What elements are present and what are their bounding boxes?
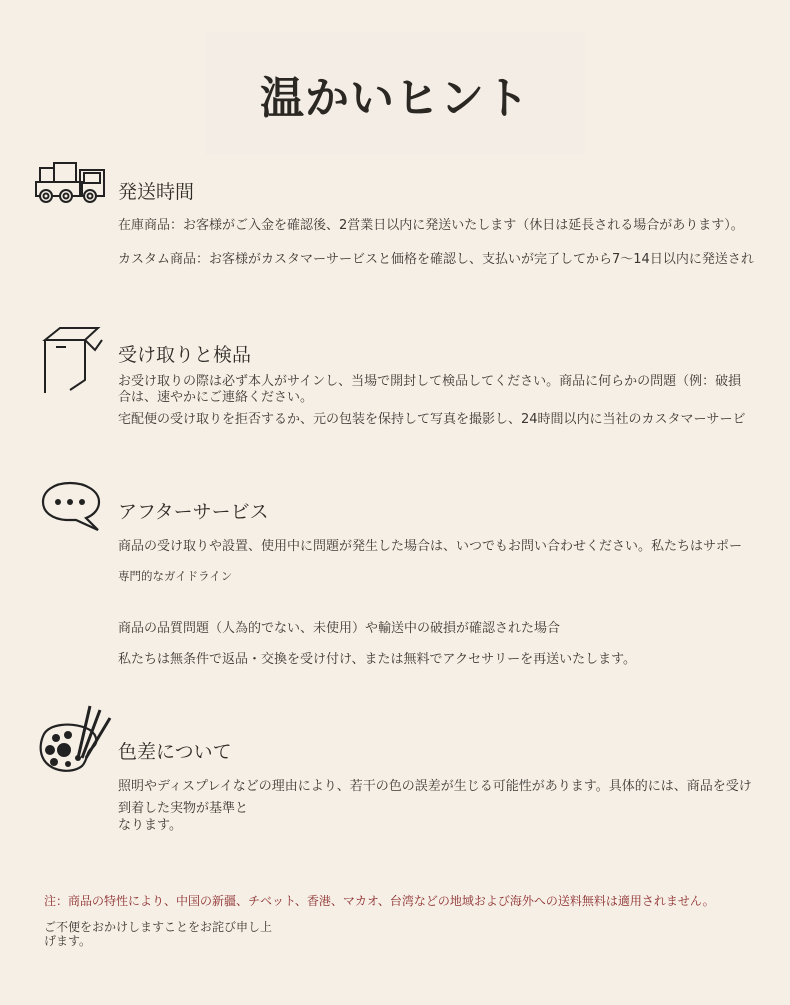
paragraph: 合は、速やかにご連絡ください。 [118,390,313,406]
paragraph: 在庫商品：お客様がご入金を確認後、2営業日以内に発送いたします（休日は延長される… [118,218,744,234]
paragraph: 商品の受け取りや設置、使用中に問題が発生した場合は、いつでもお問い合わせください… [118,539,742,555]
section-heading: 受け取りと検品 [118,340,251,367]
section-heading: アフターサービス [118,497,269,524]
truck-icon [34,160,114,206]
apology-line: げます。 [44,934,284,948]
paragraph: 私たちは無条件で返品・交換を受け付け、または無料でアクセサリーを再送いたします。 [118,652,636,668]
shipping-exclusion-note: 注：商品の特性により、中国の新疆、チベット、香港、マカオ、台湾などの地域および海… [44,892,715,909]
box-icon [40,325,106,397]
paragraph: 到着した実物が基準と [118,801,248,817]
speech-bubble-icon [40,480,104,532]
section-heading: 色差について [118,737,232,764]
apology-line: ご不便をおかけしますことをお詫び申し上 [44,920,284,934]
paragraph: 商品の品質問題（人為的でない、未使用）や輸送中の破損が確認された場合 [118,621,560,637]
paragraph: 照明やディスプレイなどの理由により、若干の色の誤差が生じる可能性があります。具体… [118,779,752,795]
section-heading: 発送時間 [118,177,194,204]
palette-icon [38,702,116,774]
page-title: 温かいヒント [0,62,790,126]
paragraph: 宅配便の受け取りを拒否するか、元の包装を保持して写真を撮影し、24時間以内に当社… [118,412,746,428]
paragraph: 専門的なガイドライン [118,568,232,584]
paragraph: カスタム商品：お客様がカスタマーサービスと価格を確認し、支払いが完了してから7〜… [118,252,754,268]
paragraph: お受け取りの際は必ず本人がサインし、当場で開封して検品してください。商品に何らか… [118,374,741,390]
paragraph: なります。 [118,818,182,834]
apology-text: ご不便をおかけしますことをお詫び申し上 げます。 [44,920,284,948]
